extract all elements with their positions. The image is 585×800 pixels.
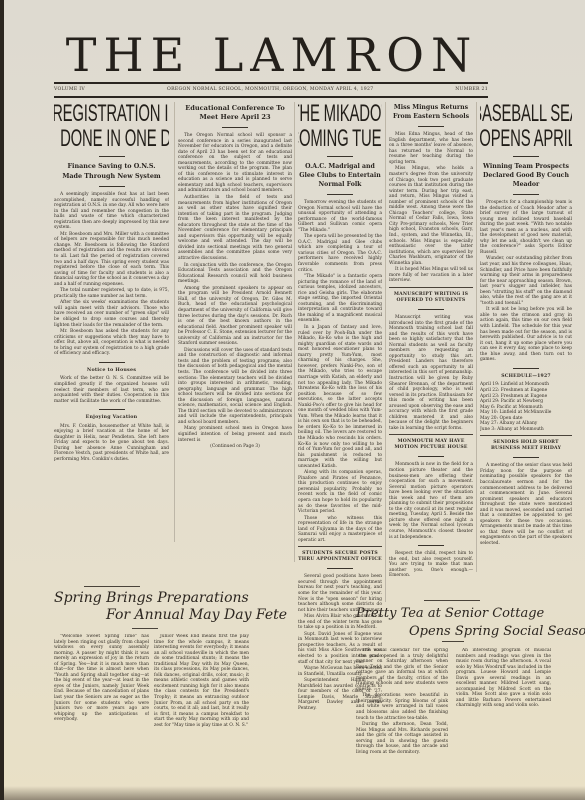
masthead-rule-bottom bbox=[54, 96, 488, 98]
dateline: OREGON NORMAL SCHOOL, MONMOUTH, OREGON, … bbox=[167, 87, 373, 92]
schedule-item: June 3: Albany at Monmouth bbox=[480, 427, 572, 433]
paragraph: Manuscript writing was introduced into t… bbox=[389, 315, 473, 431]
divider-rule bbox=[99, 362, 125, 363]
tea-headline-2: Opens Spring Social Season bbox=[409, 624, 585, 639]
article-registration: REGISTRATION IS DONE IN ONE DAY Finance … bbox=[54, 102, 169, 464]
article-mayday-col1: "Welcome Sweet Spring Time" has lately b… bbox=[54, 634, 149, 724]
divider-rule bbox=[513, 194, 539, 195]
baseball-deck: Winning Team Prospects Declared Good By … bbox=[480, 162, 572, 189]
registration-headline-2: DONE IN ONE DAY bbox=[60, 126, 169, 151]
mikado-headline-2: COMING TUESDAY bbox=[298, 126, 382, 151]
paragraph: Tomorrow evening the students of Oregon … bbox=[298, 200, 382, 233]
paragraph: Mrs. F. Conklin, housemother at White ha… bbox=[54, 424, 169, 463]
paragraph: Along with its companion operas, Pinafor… bbox=[298, 470, 382, 514]
baseball-headline-2: OPENS APRIL 19 bbox=[480, 126, 572, 151]
conference-headline: Educational Conference To Meet Here Apri… bbox=[178, 104, 292, 122]
paragraph: The total number registered, up to date,… bbox=[54, 288, 169, 299]
divider-rule bbox=[424, 600, 480, 601]
paragraph: During the afternoon, Dean Todd, Miss Mi… bbox=[356, 722, 448, 755]
article-mingus: Miss Mingus Returns From Eastern Schools… bbox=[389, 104, 473, 580]
paragraph: A seemingly impossible feat has at last … bbox=[54, 192, 169, 231]
paragraph: The decorations were beautiful in their … bbox=[356, 693, 448, 721]
paragraph: "Welcome Sweet Spring Time" has lately b… bbox=[54, 634, 149, 723]
paragraph: An interesting program of musical number… bbox=[456, 648, 551, 709]
divider-rule bbox=[99, 156, 125, 157]
manuscript-headline: MANUSCRIPT WRITING IS OFFERED TO STUDENT… bbox=[389, 292, 473, 304]
quote: Respect the child, respect him to the en… bbox=[389, 551, 473, 579]
article-baseball: BASEBALL SEASON OPENS APRIL 19 Winning T… bbox=[480, 102, 572, 548]
article-tea-col2: An interesting program of musical number… bbox=[456, 648, 551, 710]
paragraph: It is hoped Miss Mingus will tell us mor… bbox=[389, 267, 473, 284]
continued-note: (Continued on Page 3) bbox=[178, 444, 292, 450]
baseball-headline-1: BASEBALL SEASON bbox=[480, 102, 572, 126]
vacation-headline: Enjoying Vacation bbox=[54, 415, 169, 421]
divider-rule bbox=[418, 545, 444, 546]
houses-headline: Notice to Houses bbox=[54, 368, 169, 374]
paragraph: Miss Edna Mingus, head of the English de… bbox=[389, 132, 473, 165]
masthead-title: THE LAMRON bbox=[52, 30, 492, 80]
article-tea-col1: The social calendar for the spring term … bbox=[356, 648, 448, 756]
divider-rule bbox=[222, 127, 248, 128]
paragraph: The social calendar for the spring term … bbox=[356, 648, 448, 692]
schedule-list: April 19: Linfield at Monmouth April 22:… bbox=[480, 382, 572, 432]
divider-rule bbox=[513, 156, 539, 157]
divider-rule bbox=[132, 628, 158, 629]
issue-number: NUMBER 21 bbox=[455, 87, 488, 92]
divider-rule bbox=[418, 456, 444, 457]
paragraph: Mr. Boesboom and Mrs. Miller with a comm… bbox=[54, 232, 169, 287]
paragraph: "The Mikado" is a fantastic opera pictur… bbox=[298, 274, 382, 324]
seniors-headline: SENIORS HOLD SHORT BUSINESS MEET FRIDAY bbox=[480, 440, 572, 452]
paragraph: In conjunction with the conference, the … bbox=[178, 263, 292, 285]
paragraph: Wunder, our outstanding pitcher from las… bbox=[480, 256, 572, 306]
divider-rule bbox=[99, 186, 125, 187]
mikado-headline-1: "THE MIKADO" IS bbox=[298, 102, 382, 126]
paragraph: After the six weeks' examinations the st… bbox=[54, 300, 169, 328]
paragraph: A meeting of the senior class was held F… bbox=[480, 463, 572, 546]
divider-rule bbox=[513, 368, 539, 369]
column-divider bbox=[476, 102, 477, 572]
divider-rule bbox=[327, 568, 353, 569]
paragraph: Mr. Boesboom has asked the students for … bbox=[54, 329, 169, 357]
divider-rule bbox=[442, 641, 464, 642]
divider-rule bbox=[513, 457, 539, 458]
article-mayday-col2: Junior Week End means first the play tim… bbox=[154, 634, 249, 729]
volume-label: VOLUME IV bbox=[54, 87, 85, 92]
paragraph: The opera will be presented by the O.A.C… bbox=[298, 234, 382, 273]
paragraph: Among the prominent speakers to appear o… bbox=[178, 286, 292, 347]
masthead-rule-top bbox=[54, 82, 488, 84]
mayday-headline-2: For Annual May Day Fete bbox=[106, 607, 287, 623]
paragraph: Prospects for a championship team is the… bbox=[480, 200, 572, 255]
column-divider bbox=[174, 102, 175, 542]
paragraph: Miss Mingus, who holds a master's degree… bbox=[389, 166, 473, 266]
column-divider bbox=[385, 102, 386, 602]
positions-headline: STUDENTS SECURE POSTS THRU APPOINTMENT O… bbox=[298, 551, 382, 563]
newspaper-page: THE LAMRON VOLUME IV OREGON NORMAL SCHOO… bbox=[4, 0, 585, 800]
divider-rule bbox=[418, 126, 444, 127]
paragraph: Junior Week End means first the play tim… bbox=[154, 634, 249, 728]
mikado-deck: O.A.C. Madrigal and Glee Clubs to Entert… bbox=[298, 162, 382, 189]
registration-headline-1: REGISTRATION IS bbox=[54, 102, 169, 126]
tea-headline-1: Pretty Tea at Senior Cottage bbox=[356, 606, 544, 621]
paragraph: Monmouth is now in the field for a motio… bbox=[389, 462, 473, 540]
divider-rule bbox=[84, 586, 140, 587]
theater-headline: MONMOUTH MAY HAVE MOTION PICTURE HOUSE bbox=[389, 439, 473, 451]
paragraph: Authorities in the field of tests and me… bbox=[178, 195, 292, 262]
divider-rule bbox=[389, 287, 473, 288]
paragraph: In a Japan of fantasy and love, ruled ov… bbox=[298, 325, 382, 469]
paragraph: The Oregon Normal school will sponsor a … bbox=[178, 133, 292, 194]
divider-rule bbox=[480, 435, 572, 436]
divider-rule bbox=[418, 309, 444, 310]
paragraph: Those who witness this representation of… bbox=[298, 516, 382, 544]
schedule-title: SCHEDULE—1927 bbox=[480, 374, 572, 380]
divider-rule bbox=[327, 194, 353, 195]
divider-rule bbox=[389, 434, 473, 435]
paragraph: It will not be long before you will be a… bbox=[480, 307, 572, 362]
paragraph: Many prominent school men in Oregon have… bbox=[178, 426, 292, 443]
article-conference: Educational Conference To Meet Here Apri… bbox=[178, 104, 292, 450]
divider-rule bbox=[327, 156, 353, 157]
divider-rule bbox=[99, 409, 125, 410]
paragraph: Work of the better O. N. S. Committee wi… bbox=[54, 376, 169, 404]
mayday-headline-1: Spring Brings Preparations bbox=[54, 590, 249, 606]
divider-rule bbox=[298, 546, 382, 547]
mingus-headline: Miss Mingus Returns From Eastern Schools bbox=[389, 104, 473, 121]
paragraph: Discussions will cover the uses of stand… bbox=[178, 348, 292, 426]
registration-deck: Finance Saving to O.N.S. Made Through Ne… bbox=[54, 162, 169, 181]
column-divider bbox=[294, 102, 295, 562]
